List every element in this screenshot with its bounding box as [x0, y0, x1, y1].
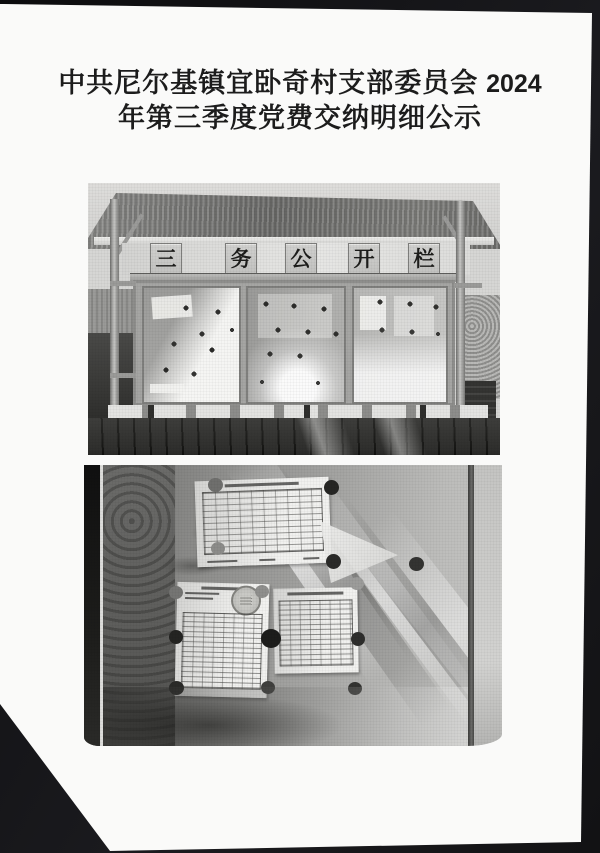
shelter-post-right [456, 201, 465, 437]
crossbar-right-upper [454, 283, 482, 288]
bottom-shadow-gradient [84, 687, 502, 746]
magnet [169, 630, 183, 644]
board-panel-right [352, 286, 448, 404]
sign-placard-2: 务 [225, 243, 257, 276]
scanned-paper-sheet: 中共尼尔基镇宜卧奇村支部委员会 2024 年第三季度党费交纳明细公示 三 务 公… [0, 0, 600, 853]
magnet [169, 586, 183, 599]
document-footer-smudge [303, 557, 319, 560]
title-committee-text: 中共尼尔基镇宜卧奇村支部委员会 [58, 68, 478, 98]
page-title-line-2: 年第三季度党费交纳明细公示 [0, 101, 600, 135]
sign-character-2: 务 [231, 247, 252, 271]
document-title-smudge [287, 592, 343, 596]
crossbar-left-lower [110, 373, 136, 378]
frame-edge-right [474, 465, 502, 746]
magnet [211, 542, 225, 555]
frame-highlight-sliver [100, 465, 103, 746]
magnet-dots-overlay [144, 288, 239, 402]
sign-character-3: 公 [291, 247, 312, 271]
posted-table-lower-right [273, 587, 358, 673]
title-quarter-text: 年第三季度党费交纳明细公示 [118, 103, 482, 133]
magnet [350, 577, 364, 590]
document-footer-smudge [207, 560, 237, 563]
posted-form-lower-left [175, 582, 270, 698]
page-title-line-1: 中共尼尔基镇宜卧奇村支部委员会 2024 [0, 66, 600, 101]
magnet [255, 585, 269, 598]
glass-frame-left [84, 465, 100, 746]
magnet-dots-overlay [248, 288, 344, 402]
sign-placard-1: 三 [150, 243, 182, 276]
seal-text-smudge [240, 595, 252, 604]
magnet-dots-overlay [354, 288, 446, 402]
board-panel-left [142, 286, 241, 404]
photo-posted-documents-closeup [84, 465, 502, 746]
magnet [208, 478, 223, 492]
notice-board-frame [133, 280, 455, 406]
magnet [409, 557, 424, 571]
sign-placard-3: 公 [285, 243, 317, 276]
magnet [324, 480, 339, 495]
document-table-grid [278, 599, 353, 666]
document-line-smudge [185, 592, 219, 595]
sign-character-5: 栏 [414, 247, 435, 271]
document-line-smudge [185, 597, 213, 600]
magnet [326, 554, 341, 569]
sign-placard-5: 栏 [408, 243, 440, 276]
shelter-post-left [110, 199, 119, 435]
title-year: 2024 [486, 70, 542, 98]
crossbar-left-upper [110, 281, 136, 286]
sign-placard-4: 开 [348, 243, 380, 276]
board-bottom-rail [108, 405, 488, 418]
document-table-grid [181, 612, 263, 690]
sign-character-1: 三 [156, 247, 177, 271]
document-footer-smudge [259, 559, 275, 562]
sign-character-4: 开 [354, 247, 375, 271]
page-title: 中共尼尔基镇宜卧奇村支部委员会 2024 年第三季度党费交纳明细公示 [0, 66, 600, 135]
paved-ground [88, 418, 500, 455]
document-title-smudge [225, 482, 299, 488]
magnet [261, 629, 281, 648]
board-panel-center [246, 286, 346, 404]
photo-notice-board-shelter: 三 务 公 开 栏 [88, 183, 500, 455]
magnet [351, 632, 365, 646]
